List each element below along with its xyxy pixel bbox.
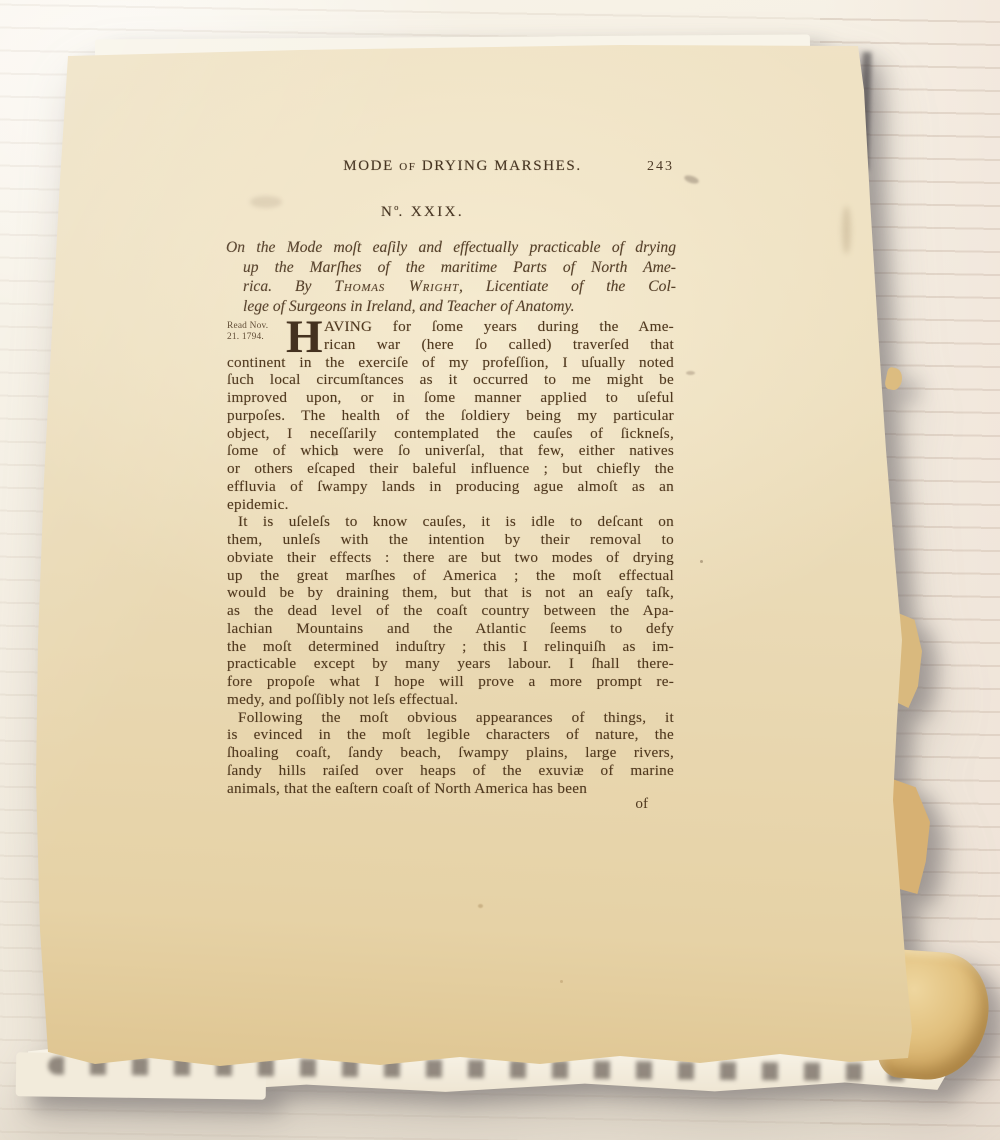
photo-of-antique-pamphlet: MODE of DRYING MARSHES. 243 No. XXIX. On… <box>0 0 1000 1140</box>
text-line: medy, and poſſibly not leſs effectual. <box>227 691 674 709</box>
text-line: or others eſcaped their baleful influenc… <box>227 460 674 478</box>
torn-edge-fragment-small <box>884 367 904 392</box>
text-line: purpoſes. The health of the ſoldiery bei… <box>227 407 674 425</box>
text-line: epidemic. <box>227 496 674 514</box>
text-line: ſuch local circumſtances as it occurred … <box>227 371 674 389</box>
text-line: as the dead level of the coaſt country b… <box>227 602 674 620</box>
text-line: them, unleſs with the intention by their… <box>227 531 674 549</box>
margin-note: Read Nov. 21. 1794. <box>227 318 286 354</box>
text-line: the moſt determined induſtry ; this I re… <box>227 638 674 656</box>
text-line: lachian Mountains and the Atlantic ſeems… <box>227 620 674 638</box>
ink-smudge <box>683 174 699 185</box>
drop-cap-initial: H <box>286 320 323 356</box>
page-number: 243 <box>647 159 674 175</box>
article-number: No. XXIX. <box>227 202 674 221</box>
text-line: improved upon, or in ſome manner applied… <box>227 389 674 407</box>
text-line: effluvia of ſwampy lands in producing ag… <box>227 478 674 496</box>
body-text: Read Nov. 21. 1794. H AVING for ſome yea… <box>227 318 674 797</box>
text-line: ſandy hills raiſed over heaps of the exu… <box>227 762 674 780</box>
paragraph-1: Read Nov. 21. 1794. H AVING for ſome yea… <box>227 318 674 513</box>
foxing-speck <box>560 980 563 983</box>
pamphlet-page: MODE of DRYING MARSHES. 243 No. XXIX. On… <box>0 0 1000 1140</box>
text-line: would be by draining them, but that is n… <box>227 584 674 602</box>
text-line: ſhoaling coaſt, ſandy beach, ſwampy plai… <box>227 744 674 762</box>
paper-stack: MODE of DRYING MARSHES. 243 No. XXIX. On… <box>0 0 1000 1140</box>
foxing-speck <box>478 904 483 908</box>
text-line: practicable except by many years labour.… <box>227 655 674 673</box>
text-line: obviate their effects : there are but tw… <box>227 549 674 567</box>
running-header-title: MODE of DRYING MARSHES. <box>343 158 581 175</box>
text-line: up the great marſhes of America ; the mo… <box>227 567 674 585</box>
title-line: On the Mode moſt eaſily and effectually … <box>226 238 676 258</box>
text-line: Following the moſt obvious appearances o… <box>227 709 674 727</box>
article-title: On the Mode moſt eaſily and effectually … <box>226 238 676 316</box>
paragraph-2: It is uſeleſs to know cauſes, it is idle… <box>227 513 674 708</box>
text-line: is evinced in the moſt legible character… <box>227 726 674 744</box>
title-line: up the Marſhes of the maritime Parts of … <box>226 258 676 278</box>
catchword: of <box>227 795 674 813</box>
foxing-speck <box>700 560 703 563</box>
margin-stain <box>842 206 851 254</box>
running-header: MODE of DRYING MARSHES. 243 <box>227 158 674 178</box>
paragraph-3: Following the moſt obvious appearances o… <box>227 709 674 798</box>
text-line: object, I neceſſarily contemplated the c… <box>227 425 674 443</box>
text-line: fore propoſe what I hope will prove a mo… <box>227 673 674 691</box>
title-line: rica. By Thomas Wright, Licentiate of th… <box>226 277 676 297</box>
text-line: It is uſeleſs to know cauſes, it is idle… <box>227 513 674 531</box>
author-name: Thomas Wright <box>334 278 459 295</box>
text-line: ſome of which were ſo univerſal, that fe… <box>227 442 674 460</box>
ink-smudge <box>686 371 695 375</box>
